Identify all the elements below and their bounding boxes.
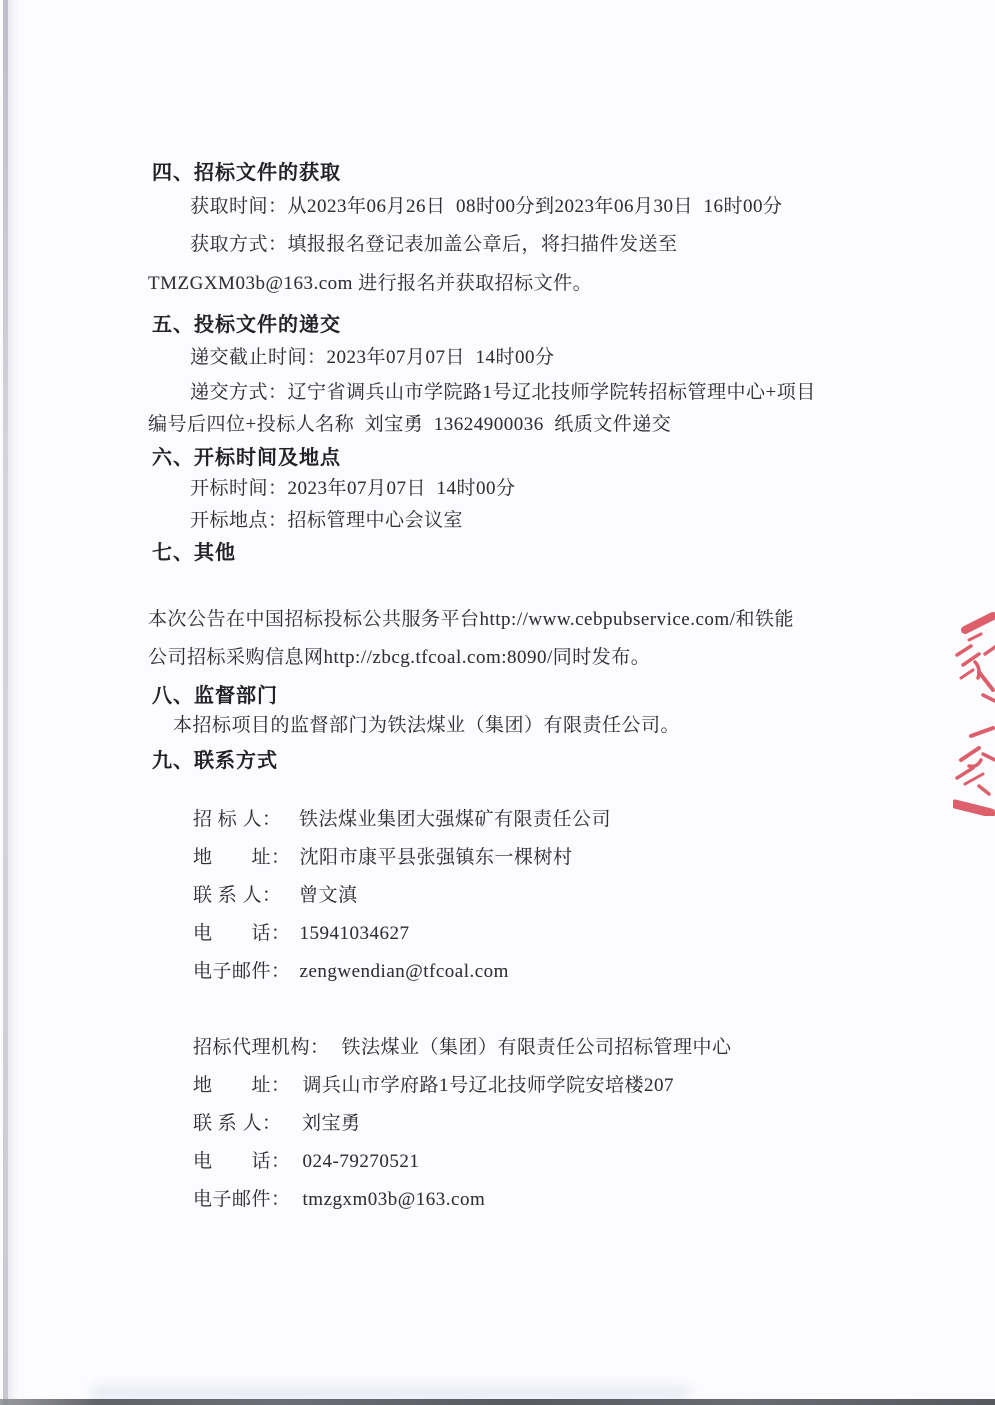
body-line-obtain-time: 获取时间：从2023年06月26日 08时00分到2023年06月30日 16时… xyxy=(190,195,783,219)
tenderer-email-value: zengwendian@tfcoal.com xyxy=(300,961,509,982)
body-line-submit-method-2: 编号后四位+投标人名称 刘宝勇 13624900036 纸质文件递交 xyxy=(148,413,671,437)
body-line-supervisor: 本招标项目的监督部门为铁法煤业（集团）有限责任公司。 xyxy=(173,714,680,738)
document-page: 四、招标文件的获取 获取时间：从2023年06月26日 08时00分到2023年… xyxy=(0,0,995,1405)
section-heading-6: 六、开标时间及地点 xyxy=(152,445,341,469)
section-heading-4: 四、招标文件的获取 xyxy=(152,160,341,184)
body-line-publish-1: 本次公告在中国招标投标公共服务平台http://www.cebpubservic… xyxy=(148,608,794,632)
scan-bottom-edge xyxy=(0,1399,995,1405)
body-line-deadline: 递交截止时间：2023年07月07日 14时00分 xyxy=(190,346,555,370)
section-heading-9: 九、联系方式 xyxy=(152,748,278,772)
red-seal-fragment-top xyxy=(955,610,995,705)
body-line-publish-2: 公司招标采购信息网http://zbcg.tfcoal.com:8090/同时发… xyxy=(148,646,650,670)
section-heading-7: 七、其他 xyxy=(152,540,236,564)
tenderer-row-email: 电子邮件：zengwendian@tfcoal.com xyxy=(172,936,509,1007)
body-line-obtain-method: 获取方式：填报报名登记表加盖公章后，将扫描件发送至 xyxy=(190,233,678,257)
section-heading-8: 八、监督部门 xyxy=(152,683,278,707)
scan-left-edge-shadow xyxy=(8,0,18,1405)
section-heading-5: 五、投标文件的递交 xyxy=(152,312,341,336)
body-line-submit-method: 递交方式：辽宁省调兵山市学院路1号辽北技师学院转招标管理中心+项目 xyxy=(190,381,816,405)
agency-email-value: tmzgxm03b@163.com xyxy=(303,1189,486,1210)
scan-bottom-smudge xyxy=(90,1386,690,1400)
body-line-open-place: 开标地点：招标管理中心会议室 xyxy=(190,509,463,533)
agency-row-email: 电子邮件：tmzgxm03b@163.com xyxy=(172,1164,485,1235)
body-line-open-time: 开标时间：2023年07月07日 14时00分 xyxy=(190,477,516,501)
agency-email-label: 电子邮件： xyxy=(193,1188,291,1212)
body-line-obtain-email: TMZGXM03b@163.com 进行报名并获取招标文件。 xyxy=(148,272,592,296)
tenderer-email-label: 电子邮件： xyxy=(193,960,291,984)
red-seal-fragment-bottom xyxy=(953,726,995,816)
